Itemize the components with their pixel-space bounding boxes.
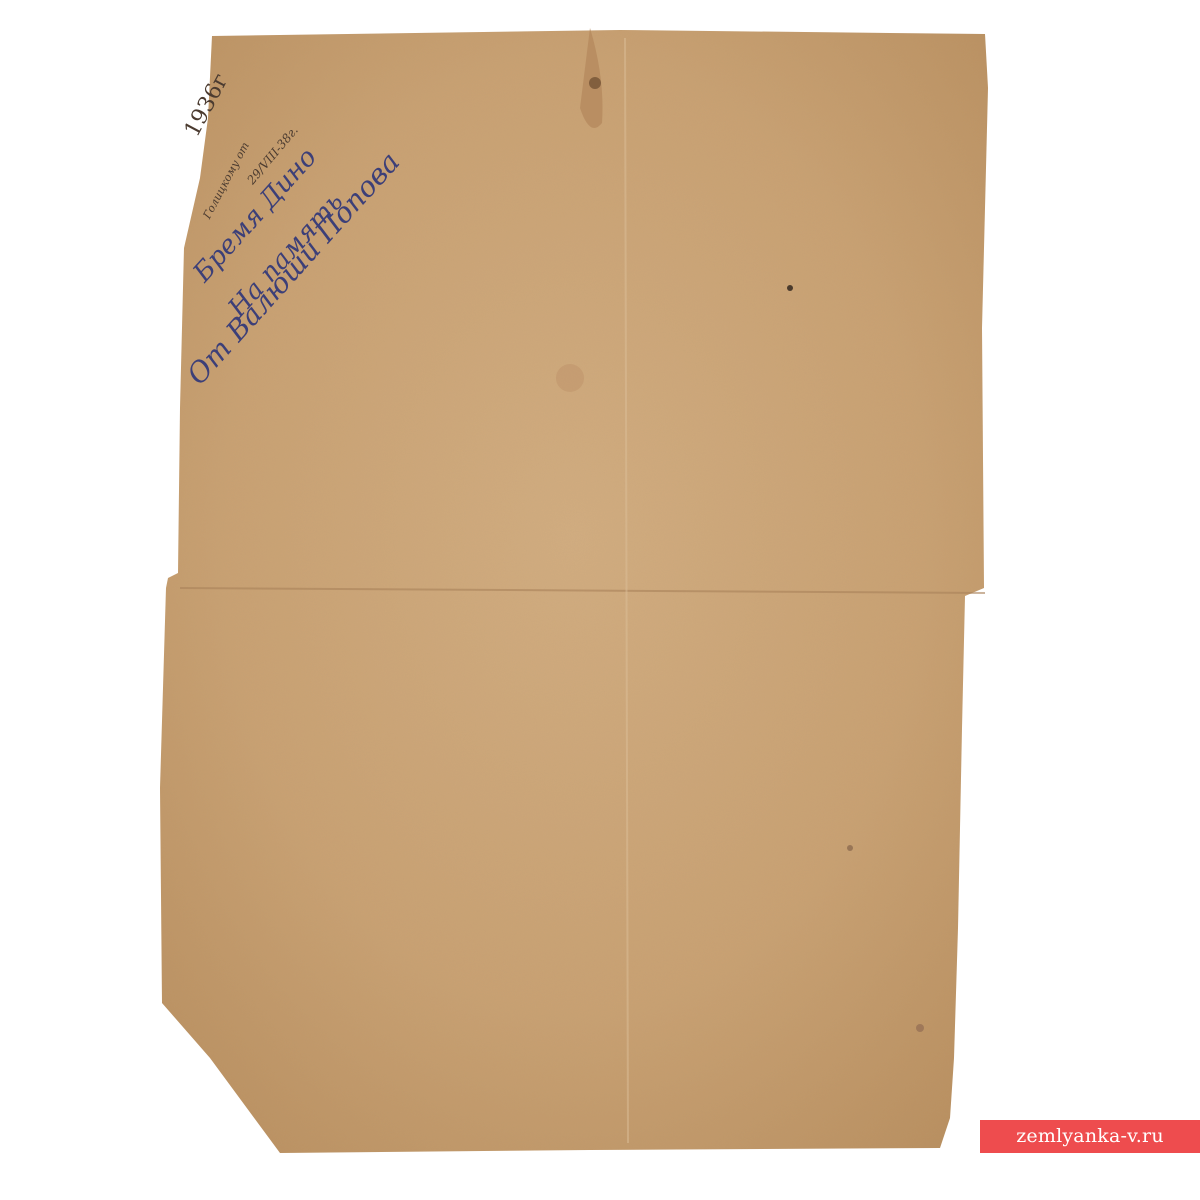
aged-paper-document: 1936г Голицкому от 29/VIII-38г. Бремя Ди… xyxy=(150,28,1020,1178)
photo-stage: 1936г Голицкому от 29/VIII-38г. Бремя Ди… xyxy=(0,0,1200,1200)
site-watermark: zemlyanka-v.ru xyxy=(980,1120,1200,1153)
